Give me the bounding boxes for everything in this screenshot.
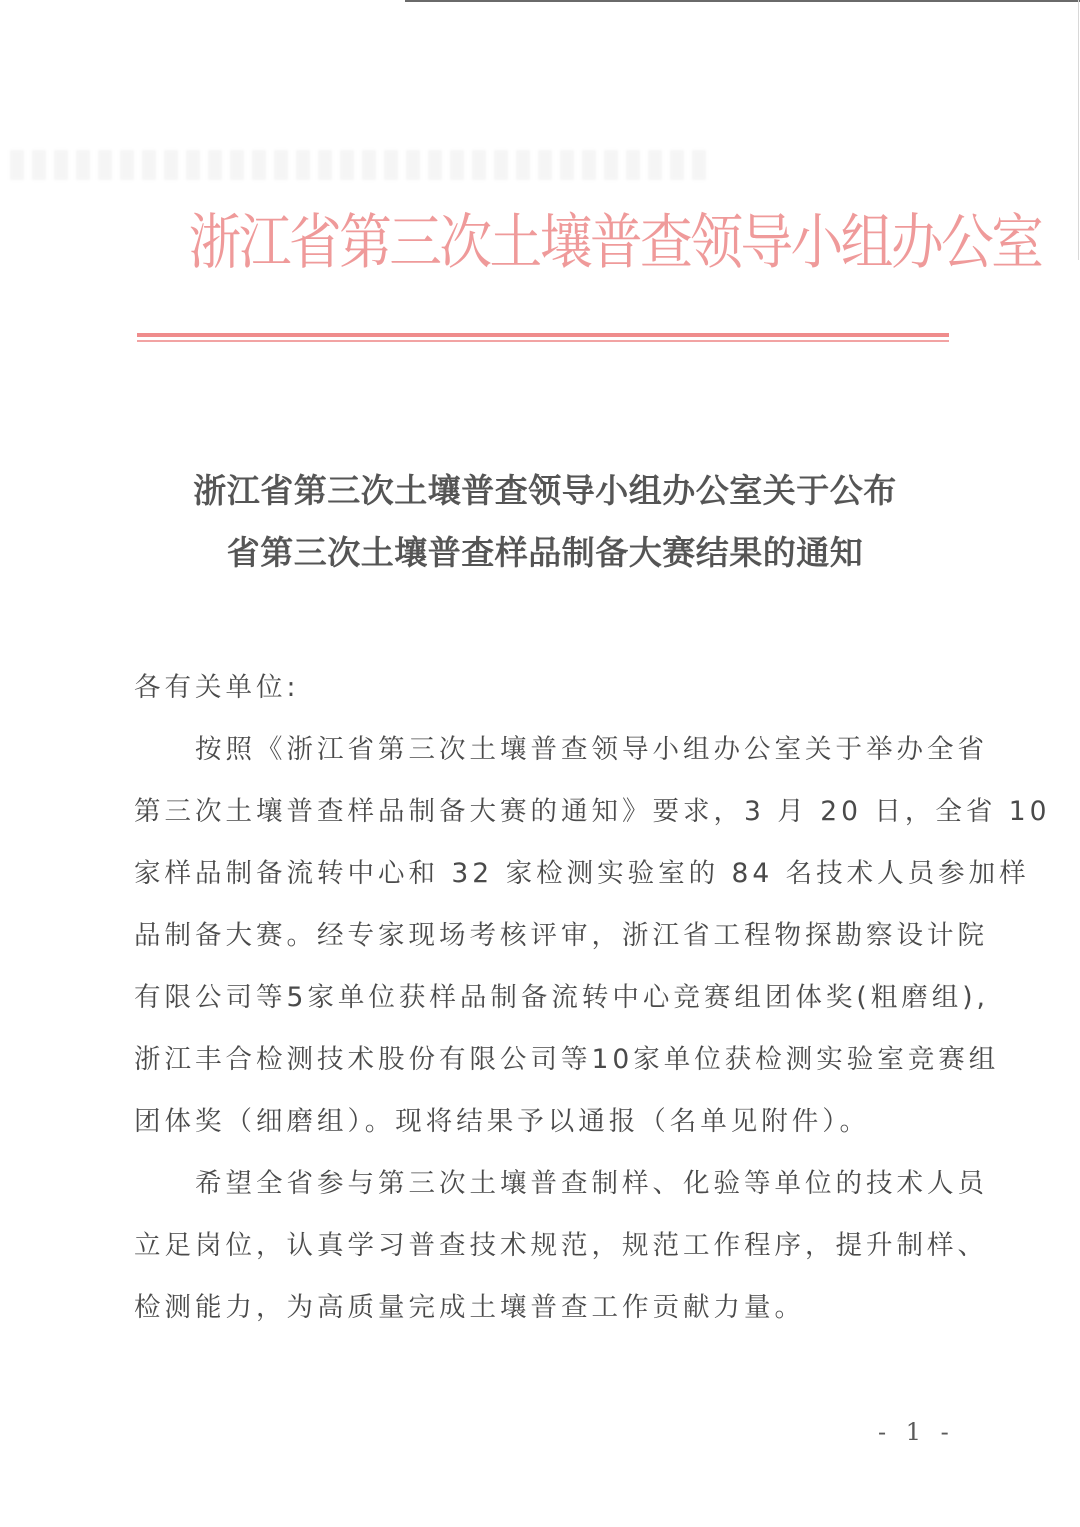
paragraph-line: 有限公司等5家单位获样品制备流转中心竞赛组团体奖(粗磨组), — [134, 967, 950, 1029]
paragraph-line: 希望全省参与第三次土壤普查制样、化验等单位的技术人员 — [134, 1153, 950, 1215]
paragraph-2: 希望全省参与第三次土壤普查制样、化验等单位的技术人员 立足岗位，认真学习普查技术… — [134, 1153, 950, 1339]
paragraph-line: 浙江丰合检测技术股份有限公司等10家单位获检测实验室竞赛组 — [134, 1029, 950, 1091]
paragraph-1: 按照《浙江省第三次土壤普查领导小组办公室关于举办全省 第三次土壤普查样品制备大赛… — [134, 719, 950, 1153]
paragraph-line: 品制备大赛。经专家现场考核评审，浙江省工程物探勘察设计院 — [134, 905, 950, 967]
show-through-artifact — [10, 150, 710, 180]
paragraph-line: 第三次土壤普查样品制备大赛的通知》要求，3 月 20 日，全省 10 — [134, 781, 950, 843]
paragraph-line: 检测能力，为高质量完成土壤普查工作贡献力量。 — [134, 1277, 950, 1339]
scan-edge-top — [405, 0, 1080, 2]
letterhead-rule-thin — [137, 340, 949, 342]
document-body: 各有关单位: 按照《浙江省第三次土壤普查领导小组办公室关于举办全省 第三次土壤普… — [134, 657, 950, 1339]
document-title: 浙江省第三次土壤普查领导小组办公室关于公布 省第三次土壤普查样品制备大赛结果的通… — [120, 460, 970, 584]
title-line-2: 省第三次土壤普查样品制备大赛结果的通知 — [120, 522, 970, 584]
page-number: - 1 - — [878, 1418, 955, 1446]
letterhead-issuer: 浙江省第三次土壤普查领导小组办公室 — [189, 203, 902, 283]
paragraph-line: 家样品制备流转中心和 32 家检测实验室的 84 名技术人员参加样 — [134, 843, 950, 905]
salutation: 各有关单位: — [134, 657, 950, 719]
scan-edge-right — [1078, 0, 1079, 260]
title-line-1: 浙江省第三次土壤普查领导小组办公室关于公布 — [120, 460, 970, 522]
paragraph-line: 团体奖（细磨组）。现将结果予以通报（名单见附件）。 — [134, 1091, 950, 1153]
paragraph-line: 立足岗位，认真学习普查技术规范，规范工作程序，提升制样、 — [134, 1215, 950, 1277]
letterhead-rule-thick — [137, 333, 949, 337]
paragraph-line: 按照《浙江省第三次土壤普查领导小组办公室关于举办全省 — [134, 719, 950, 781]
